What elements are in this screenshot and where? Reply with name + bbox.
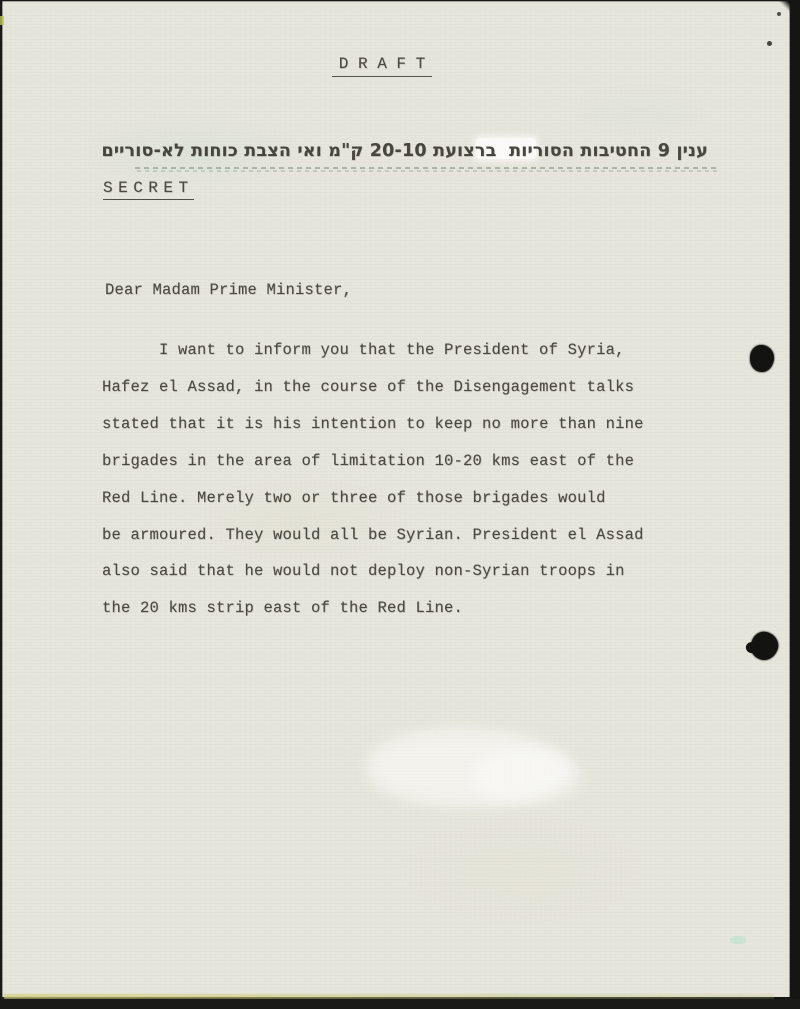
body-line: be armoured. They would all be Syrian. P… <box>102 517 682 554</box>
body-line: Hafez el Assad, in the course of the Dis… <box>102 369 682 406</box>
subject-underline-dashes <box>135 167 720 172</box>
hole-punch-mark-top <box>750 345 774 372</box>
body-line: stated that it is his intention to keep … <box>102 406 682 443</box>
paper-sheet: D R A F T ענין 9 החטיבות הסוריות ברצועת … <box>2 1 790 997</box>
scan-speck-mint <box>730 936 746 944</box>
salutation: Dear Madam Prime Minister, <box>105 281 352 299</box>
body-line: I want to inform you that the President … <box>102 332 682 369</box>
body-line: Red Line. Merely two or three of those b… <box>102 480 682 517</box>
letter-body: I want to inform you that the President … <box>102 332 682 627</box>
page-title: D R A F T <box>332 55 432 77</box>
subject-line-hebrew: ענין 9 החטיבות הסוריות ברצועת 20-10 ק"מ … <box>101 141 708 161</box>
scan-edge-left-speck <box>0 16 4 25</box>
scan-edge-right <box>789 0 800 1009</box>
scan-corner-top-right <box>778 0 800 16</box>
scan-edge-bottom <box>0 999 800 1009</box>
faded-scan-blotch-tail <box>472 749 582 804</box>
body-line: brigades in the area of limitation 10-20… <box>102 443 682 480</box>
scan-speck-top-right-2 <box>767 41 772 46</box>
classification-marking: SECRET <box>103 179 194 200</box>
scan-edge-left <box>0 0 3 1009</box>
body-line: the 20 kms strip east of the Red Line. <box>102 590 682 627</box>
scan-edge-top <box>0 0 800 2</box>
scanned-document-page: D R A F T ענין 9 החטיבות הסוריות ברצועת … <box>0 0 800 1009</box>
body-line: also said that he would not deploy non-S… <box>102 553 682 590</box>
